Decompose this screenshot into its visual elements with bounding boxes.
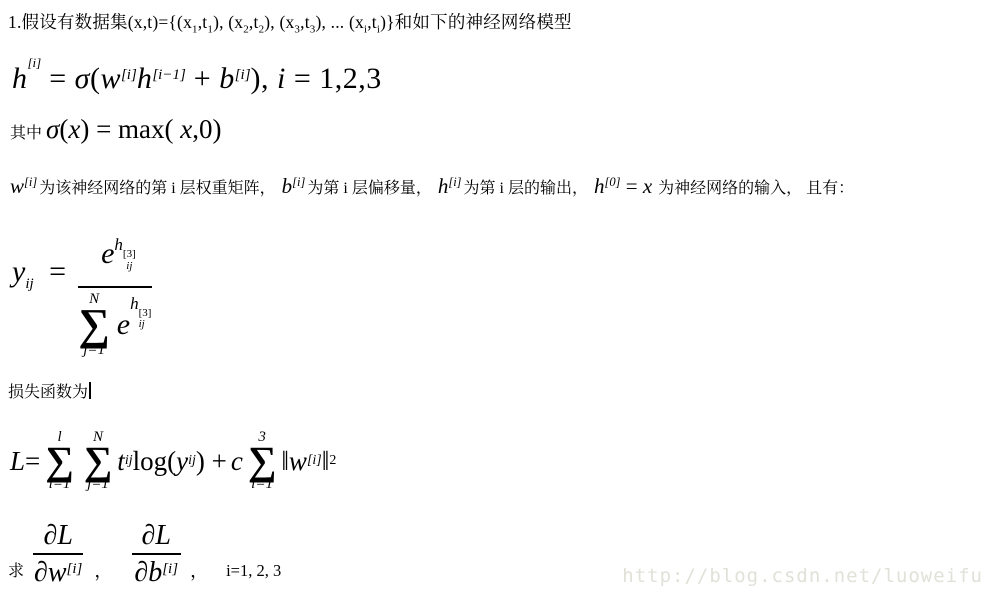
- segment: +: [186, 62, 219, 95]
- sum-operator-2: N ∑ j=1: [84, 430, 113, 493]
- problem-statement-line: 1.假设有数据集(x,t)={(x1,t1), (x2,t2), (x3,t3)…: [8, 9, 572, 36]
- sigma-symbol: ∑: [84, 445, 113, 478]
- log-open: log(: [133, 446, 177, 477]
- segment: σ: [46, 114, 59, 144]
- segment: x: [643, 174, 652, 198]
- softmax-denominator: N ∑ j=1 eh[3]ij: [78, 288, 151, 358]
- exponent-h: h: [114, 235, 123, 254]
- sum-lower-limit: j=1: [83, 343, 105, 358]
- segment: (: [90, 62, 101, 95]
- weight-superscript: [i]: [307, 453, 322, 469]
- partial-w-superscript: [i]: [67, 561, 83, 577]
- loss-label-line[interactable]: 损失函数为: [8, 379, 91, 402]
- sigma-symbol: ∑: [78, 307, 109, 343]
- sigma-symbol: ∑: [248, 445, 277, 478]
- numerator-e: e: [101, 237, 114, 270]
- csdn-watermark-url: http://blog.csdn.net/luoweifu: [622, 565, 983, 587]
- segment: x: [68, 114, 80, 144]
- segment: h: [438, 174, 449, 198]
- index-condition-text: i=1, 2, 3: [226, 561, 281, 581]
- target-t-subscript: ij: [125, 453, 133, 469]
- segment: w: [10, 174, 24, 198]
- sum-lower-limit: i=1: [49, 477, 71, 492]
- segment: [i]: [24, 175, 37, 189]
- document-page: { "page": { "background": "#ffffff", "te…: [0, 0, 988, 594]
- segment: [i−1]: [152, 67, 185, 83]
- segment: = 1,2,3: [286, 62, 382, 95]
- text-caret: [89, 382, 91, 399]
- exponent-subscript: ij: [139, 319, 152, 331]
- partial-denominator: ∂b[i]: [130, 555, 182, 593]
- equals-sign: =: [49, 255, 66, 288]
- segment: i: [277, 62, 286, 95]
- denominator-exponent: h[3]ij: [130, 294, 151, 331]
- output-y: y: [176, 446, 188, 477]
- segment: [i]: [235, 67, 251, 83]
- partial-b-superscript: [i]: [162, 561, 178, 577]
- exponent-superscript: [3]: [123, 249, 136, 261]
- softmax-lhs: yij =: [12, 255, 78, 293]
- segment: ), (x: [213, 12, 243, 32]
- partial-b: ∂b: [134, 557, 162, 588]
- comma-separator: ，: [94, 557, 112, 583]
- segment: 1.假设有数据集(x,t)={(x: [8, 12, 192, 32]
- loss-equation: L = l ∑ i=1 N ∑ j=1 tij log( yij ) + c 3…: [10, 419, 336, 503]
- activation-line: 其中 σ(x) = max( x,0): [10, 114, 222, 145]
- segment: =: [620, 174, 642, 198]
- norm-close: ‖: [322, 446, 330, 477]
- segment: h: [137, 62, 153, 95]
- partial-w: ∂w: [34, 557, 67, 588]
- segment: h: [594, 174, 605, 198]
- segment: )}和如下的神经网络模型: [380, 12, 572, 32]
- softmax-fraction: eh[3]ij N ∑ j=1 eh[3]ij: [78, 224, 152, 358]
- question-line: 求 ∂L ∂w[i] ， ∂L ∂b[i] ， i=1, 2, 3: [8, 513, 281, 593]
- sum-lower-limit: j=1: [87, 477, 109, 492]
- loss-label-text: 损失函数为: [8, 379, 88, 402]
- segment: b: [219, 62, 235, 95]
- denominator-e: e: [117, 308, 130, 342]
- layer-equation: h[i] = σ(w[i]h[i−1] + b[i]), i = 1,2,3: [12, 55, 382, 96]
- partial-numerator: ∂L: [33, 520, 82, 555]
- output-y-subscript: ij: [188, 453, 196, 469]
- norm-open: ‖: [281, 446, 289, 477]
- derivative-fraction-b: ∂L ∂b[i]: [130, 520, 182, 593]
- segment: [i]: [28, 55, 42, 70]
- exponent-indices: [3]ij: [123, 249, 136, 272]
- segment: ),: [251, 62, 278, 95]
- segment: 为第 i 层偏移量，: [307, 180, 435, 197]
- segment: b: [282, 174, 293, 198]
- segment: [i]: [121, 67, 137, 83]
- numerator-exponent: h[3]ij: [114, 235, 135, 272]
- segment: ,0): [192, 114, 221, 144]
- segment: ) = max(: [80, 114, 180, 144]
- segment: 为神经网络的输入， 且有：: [654, 180, 854, 197]
- sigma-symbol: ∑: [45, 445, 74, 478]
- segment: σ: [75, 62, 90, 95]
- segment: 为该神经网络的第 i 层权重矩阵，: [39, 180, 279, 197]
- segment: ,t: [249, 12, 259, 32]
- square-power: 2: [329, 453, 336, 469]
- target-t: t: [117, 446, 125, 477]
- exponent-indices: [3]ij: [139, 308, 152, 331]
- equals-sign: =: [25, 446, 40, 477]
- softmax-equation: yij = eh[3]ij N ∑ j=1 eh[3]ij: [12, 224, 152, 358]
- sum-lower-limit: i=1: [251, 477, 273, 492]
- segment: ), (x: [264, 12, 294, 32]
- segment: ,t: [300, 12, 310, 32]
- question-prefix-text: 求: [8, 558, 24, 581]
- softmax-numerator: eh[3]ij: [78, 224, 152, 288]
- activation-prefix-text: 其中: [10, 120, 42, 143]
- segment: [0]: [604, 175, 620, 189]
- softmax-y-subscript: ij: [25, 276, 33, 292]
- segment: ,t: [367, 12, 377, 32]
- activation-equation: σ(x) = max( x,0): [46, 114, 222, 145]
- loss-lhs: L: [10, 446, 25, 477]
- segment: ,t: [198, 12, 208, 32]
- segment: [i]: [292, 175, 305, 189]
- derivative-fraction-w: ∂L ∂w[i]: [30, 520, 86, 593]
- exponent-subscript: ij: [123, 261, 136, 273]
- regularization-coefficient: c: [231, 446, 243, 477]
- segment: =: [41, 62, 74, 95]
- sum-operator-3: 3 ∑ i=1: [248, 430, 277, 493]
- segment: [i]: [448, 175, 461, 189]
- segment: h: [12, 62, 28, 95]
- close-plus: ) +: [196, 446, 227, 477]
- partial-numerator: ∂L: [132, 520, 181, 555]
- sum-operator-1: l ∑ i=1: [45, 430, 74, 493]
- parameters-description: w[i]为该神经网络的第 i 层权重矩阵， b[i]为第 i 层偏移量， h[i…: [10, 174, 986, 199]
- segment: w: [100, 62, 121, 95]
- softmax-y: y: [12, 255, 25, 288]
- segment: ), ... (x: [315, 12, 363, 32]
- segment: 为第 i 层的输出，: [464, 180, 592, 197]
- segment: (: [59, 114, 68, 144]
- segment: x: [180, 114, 192, 144]
- weight-w: w: [289, 446, 307, 477]
- partial-denominator: ∂w[i]: [30, 555, 86, 593]
- comma-separator: ，: [190, 557, 208, 583]
- exponent-superscript: [3]: [139, 308, 152, 320]
- exponent-h: h: [130, 294, 139, 313]
- sum-operator: N ∑ j=1: [78, 292, 109, 358]
